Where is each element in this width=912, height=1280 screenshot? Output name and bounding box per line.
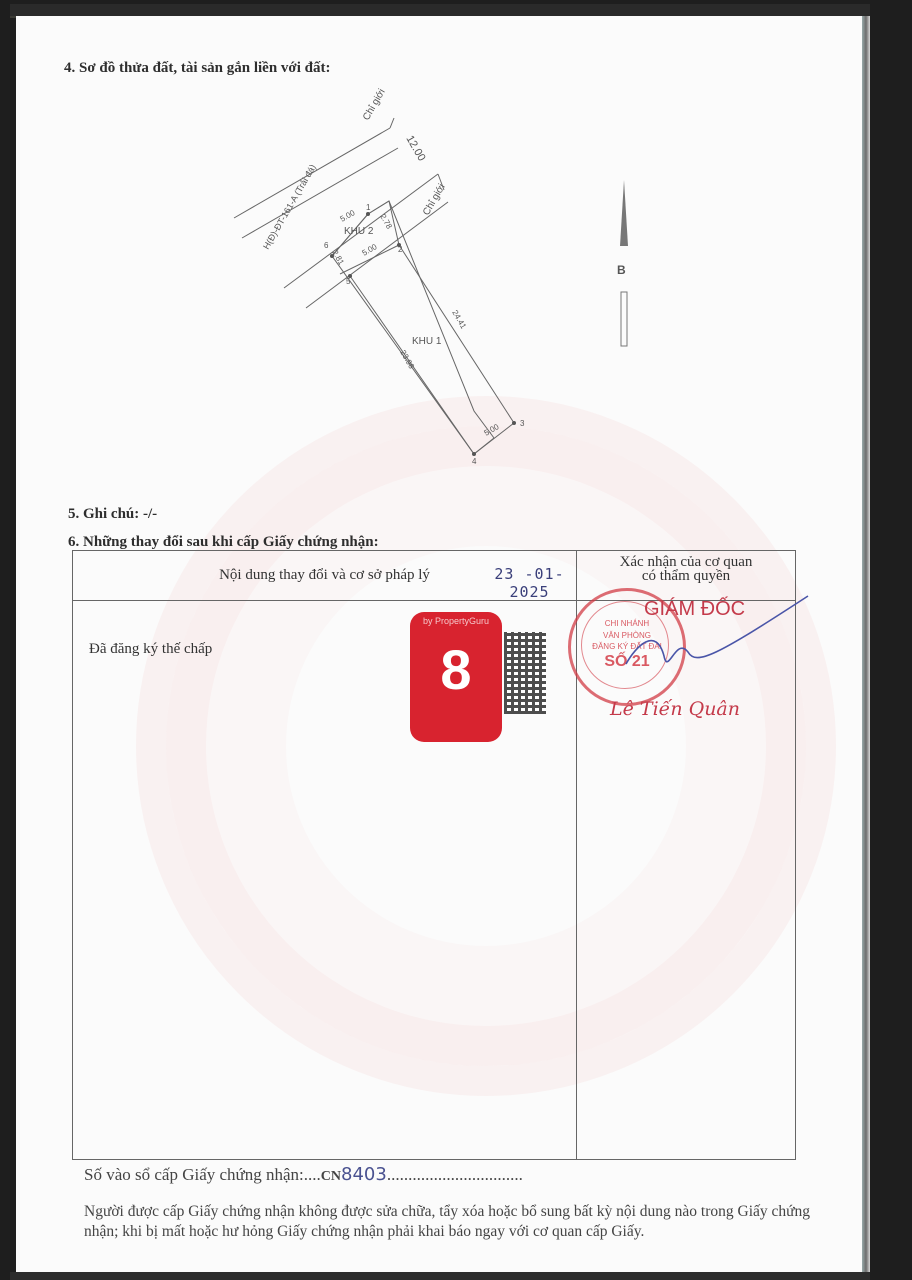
dim-6-1: 5.00 <box>339 208 357 224</box>
signer-name: Lê Tiến Quân <box>610 698 740 720</box>
point-5: 5 <box>346 277 351 286</box>
date-stamp: 23 -01- 2025 <box>483 565 576 601</box>
page-right-edge <box>862 16 870 1272</box>
col-header-confirm-line2: có thẩm quyền <box>578 569 794 583</box>
point-3: 3 <box>520 419 525 428</box>
badge-brand: by PropertyGuru <box>410 616 502 626</box>
director-title: GIÁM ĐỐC <box>644 598 745 621</box>
registration-number-line: Số vào sổ cấp Giấy chứng nhận:....CN8403… <box>84 1164 523 1185</box>
registration-label: Số vào sổ cấp Giấy chứng nhận:.... <box>84 1165 321 1184</box>
point-4: 4 <box>472 457 477 466</box>
badge-number: 8 <box>410 640 502 700</box>
land-plot-diagram: Chỉ giới Chỉ giới 12.00 H(Đ)-ĐT-161-A (T… <box>16 16 862 516</box>
col-header-confirm-line1: Xác nhận của cơ quan <box>578 555 794 569</box>
point-6: 6 <box>324 241 329 250</box>
dim-2-3: 24.41 <box>450 309 468 331</box>
bottom-frame-edge <box>10 1272 870 1280</box>
registration-number: 8403 <box>341 1164 387 1185</box>
certificate-page: 4. Sơ đồ thửa đất, tài sản gắn liền với … <box>16 16 862 1272</box>
listing-photo-badge: by PropertyGuru 8 <box>410 612 502 742</box>
north-arrow-icon: B <box>617 180 628 346</box>
seal-line-4: SỐ 21 <box>571 653 683 671</box>
legal-notice: Người được cấp Giấy chứng nhận không đượ… <box>84 1202 824 1242</box>
zone-1-label: KHU 1 <box>412 336 442 347</box>
section-5-note: 5. Ghi chú: -/- <box>68 506 157 523</box>
col-header-content-label: Nội dung thay đổi và cơ sở pháp lý <box>219 567 430 583</box>
seal-line-3: ĐĂNG KÝ ĐẤT ĐAI <box>571 642 683 651</box>
col-header-content: Nội dung thay đổi và cơ sở pháp lý 23 -0… <box>73 551 577 601</box>
registration-prefix: CN <box>321 1169 341 1184</box>
seal-line-2: VĂN PHÒNG <box>571 631 683 640</box>
zone-2-label: KHU 2 <box>344 226 374 237</box>
road-width-label: 12.00 <box>403 134 427 164</box>
road-name-label: H(Đ)-ĐT-161-A (Trải đá) <box>261 163 318 251</box>
point-1: 1 <box>366 203 371 212</box>
boundary-label-top: Chỉ giới <box>360 87 388 123</box>
point-2: 2 <box>398 245 403 254</box>
registration-dots: ................................ <box>387 1165 523 1184</box>
north-symbol: B <box>617 263 626 277</box>
qr-code-icon <box>504 632 546 714</box>
section-6-title: 6. Những thay đổi sau khi cấp Giấy chứng… <box>68 534 379 551</box>
change-entry: Đã đăng ký thế chấp <box>89 641 212 658</box>
